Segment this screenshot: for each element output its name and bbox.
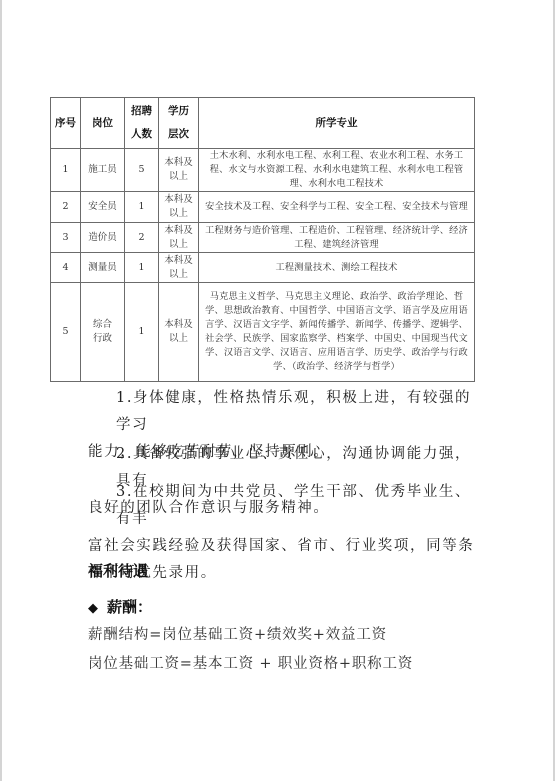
requirement-3-line1: 3.在校期间为中共党员、学生干部、优秀毕业生、有丰: [88, 479, 478, 533]
table-header-row: 序号 岗位 招聘 人数 学历 层次 所学专业: [51, 98, 475, 149]
cell-major: 工程测量技术、测绘工程技术: [199, 253, 475, 283]
cell-education: 本科及以上: [159, 192, 199, 223]
cell-education: 本科及以上: [159, 283, 199, 382]
salary-title: 薪酬：: [107, 598, 152, 616]
cell-major: 安全技术及工程、安全科学与工程、安全工程、安全技术与管理: [199, 192, 475, 223]
cell-position: 安全员: [81, 192, 125, 223]
header-position: 岗位: [81, 98, 125, 149]
table-row: 2 安全员 1 本科及以上 安全技术及工程、安全科学与工程、安全工程、安全技术与…: [51, 192, 475, 223]
requirement-1-line1: 1.身体健康，性格热情乐观，积极上进，有较强的学习: [88, 385, 478, 439]
cell-major: 马克思主义哲学、马克思主义理论、政治学、政治学理论、哲学、思想政治教育、中国哲学…: [199, 283, 475, 382]
base-salary: 岗位基础工资=基本工资 + 职业资格+职称工资: [88, 652, 413, 673]
cell-position: 造价员: [81, 223, 125, 253]
recruitment-table: 序号 岗位 招聘 人数 学历 层次 所学专业 1 施工员 5 本科及以上 土木水…: [50, 97, 475, 382]
diamond-bullet-icon: ◆: [88, 601, 98, 616]
header-count-line1: 招聘: [127, 100, 156, 123]
salary-subheading: ◆薪酬：: [88, 596, 152, 617]
table-row: 4 测量员 1 本科及以上 工程测量技术、测绘工程技术: [51, 253, 475, 283]
cell-index: 5: [51, 283, 81, 382]
cell-count: 1: [125, 192, 159, 223]
cell-education: 本科及以上: [159, 253, 199, 283]
cell-count: 2: [125, 223, 159, 253]
header-edu-line1: 学历: [161, 100, 196, 123]
header-edu-line2: 层次: [161, 123, 196, 146]
header-index: 序号: [51, 98, 81, 149]
cell-position: 施工员: [81, 149, 125, 192]
cell-major: 工程财务与造价管理、工程造价、工程管理、经济统计学、经济工程、建筑经济管理: [199, 223, 475, 253]
cell-count: 1: [125, 283, 159, 382]
header-count: 招聘 人数: [125, 98, 159, 149]
header-count-line2: 人数: [127, 123, 156, 146]
cell-position: 测量员: [81, 253, 125, 283]
table-row: 3 造价员 2 本科及以上 工程财务与造价管理、工程造价、工程管理、经济统计学、…: [51, 223, 475, 253]
page-edge-left: [0, 0, 2, 781]
benefits-heading: 福利待遇: [88, 560, 148, 581]
table-row: 1 施工员 5 本科及以上 土木水利、水利水电工程、水利工程、农业水利工程、水务…: [51, 149, 475, 192]
cell-education: 本科及以上: [159, 149, 199, 192]
cell-count: 5: [125, 149, 159, 192]
header-education: 学历 层次: [159, 98, 199, 149]
cell-major: 土木水利、水利水电工程、水利工程、农业水利工程、水务工程、水文与水资源工程、水利…: [199, 149, 475, 192]
cell-position: 综合行政: [81, 283, 125, 382]
cell-index: 2: [51, 192, 81, 223]
cell-education: 本科及以上: [159, 223, 199, 253]
cell-index: 4: [51, 253, 81, 283]
salary-structure: 薪酬结构=岗位基础工资+绩效奖+效益工资: [88, 623, 387, 644]
cell-count: 1: [125, 253, 159, 283]
table-row: 5 综合行政 1 本科及以上 马克思主义哲学、马克思主义理论、政治学、政治学理论…: [51, 283, 475, 382]
cell-index: 3: [51, 223, 81, 253]
header-major: 所学专业: [199, 98, 475, 149]
cell-index: 1: [51, 149, 81, 192]
